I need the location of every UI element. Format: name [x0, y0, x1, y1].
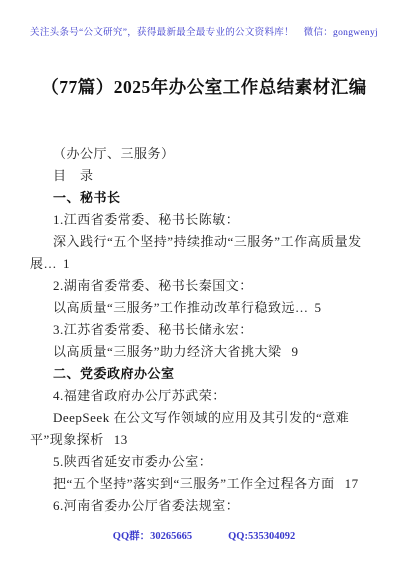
toc-content: （办公厅、三服务） 目 录 一、秘书长 1.江西省委常委、秘书长陈敏： 深入践行… [30, 143, 378, 517]
entry-title-text: 以高质量“三服务”助力经济大省挑大梁 [53, 344, 282, 359]
promo-header-text: 关注头条号“公文研究”，获得最新最全最专业的公文资料库！ 微信：gongweny… [0, 27, 408, 40]
page-number: 1 [63, 256, 70, 271]
toc-entry-title: 把“五个坚持”落实到“三服务”工作全过程各方面17 [30, 473, 378, 495]
entry-title-text: 以高质量“三服务”工作推动改革行稳致远 [53, 300, 295, 315]
entry-title-text: DeepSeek 在公文写作领域的应用及其引发的“意难平”现象探析 [30, 410, 349, 447]
section-heading-2: 二、党委政府办公室 [30, 363, 378, 385]
footer-qq-group: QQ群：30265665 [113, 531, 192, 542]
toc-entry-source: 1.江西省委常委、秘书长陈敏： [30, 209, 378, 231]
toc-entry-title: DeepSeek 在公文写作领域的应用及其引发的“意难平”现象探析13 [30, 407, 378, 451]
leader-dots: … [295, 300, 309, 315]
toc-entry-source: 3.江苏省委常委、秘书长储永宏： [30, 319, 378, 341]
entry-title-text: 深入践行“五个坚持”持续推动“三服务”工作高质量发展 [30, 234, 362, 271]
toc-heading: 目 录 [30, 165, 378, 187]
page-number: 13 [114, 432, 128, 447]
page-number: 5 [315, 300, 322, 315]
toc-entry-title: 以高质量“三服务”工作推动改革行稳致远…5 [30, 297, 378, 319]
footer-qq-number: QQ:535304092 [228, 531, 295, 542]
toc-entry-source: 5.陕西省延安市委办公室： [30, 451, 378, 473]
leader-dots: … [44, 256, 58, 271]
toc-entry-source: 2.湖南省委常委、秘书长秦国文： [30, 275, 378, 297]
page-number: 9 [292, 344, 299, 359]
doc-subtitle: （办公厅、三服务） [30, 143, 378, 165]
entry-title-text: 把“五个坚持”落实到“三服务”工作全过程各方面 [53, 476, 335, 491]
toc-entry-source: 4.福建省政府办公厅苏武荣： [30, 385, 378, 407]
toc-entry-source: 6.河南省委办公厅省委法规室： [30, 495, 378, 517]
toc-entry-title: 深入践行“五个坚持”持续推动“三服务”工作高质量发展…1 [30, 231, 378, 275]
page-title: （77篇）2025年办公室工作总结素材汇编 [34, 74, 374, 100]
toc-entry-title: 以高质量“三服务”助力经济大省挑大梁9 [30, 341, 378, 363]
section-heading-1: 一、秘书长 [30, 187, 378, 209]
promo-footer: QQ群：30265665QQ:535304092 [0, 529, 408, 544]
page-number: 17 [345, 476, 359, 491]
